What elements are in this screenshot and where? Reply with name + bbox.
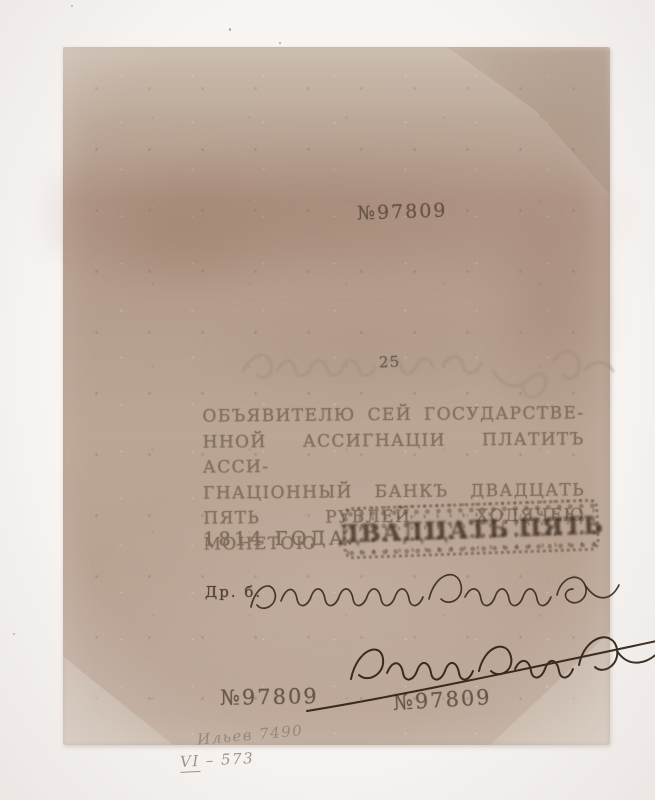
dust-speck [229,28,231,31]
body-line-2: ННОЙ АССИГНАЦІИ ПЛАТИТЪ АССИ- [203,427,585,481]
cashier-signature [295,625,655,720]
denomination-numeral: 25 [379,353,401,372]
scanned-image-background: №97809 25 ОБЪЯВИТЕЛЮ СЕЙ ГОСУДАРСТВЕ- НН… [0,0,655,800]
year-line: 1814 ГОДА. [203,527,357,550]
stain-top-right-corner [425,47,610,207]
stamp-text: ДВАДЦАТЬ ПЯТЬ [338,510,605,548]
pencil-note-line2: VI– 573 [180,749,255,771]
dust-speck [71,5,73,7]
pencil-note-roman-numeral: VI [180,752,201,773]
pencil-note-line1: Ильев 7490 [196,721,304,748]
worn-corner-bottom-left [63,637,178,745]
stain-left-blob [63,157,293,307]
director-signature [243,555,623,625]
pencil-note-number: – 573 [205,749,254,770]
banknote-paper: №97809 25 ОБЪЯВИТЕЛЮ СЕЙ ГОСУДАРСТВЕ- НН… [63,47,610,745]
body-line-1: ОБЪЯВИТЕЛЮ СЕЙ ГОСУДАРСТВЕ- [202,401,584,430]
dust-speck [279,42,281,44]
stain-upper-band [43,132,645,282]
serial-number-top: №97809 [357,199,448,224]
embossed-denomination-stamp: ДВАДЦАТЬ ПЯТЬ [342,499,600,560]
bleedthrough-handwriting [233,329,633,409]
stain-top-light-band [63,47,610,122]
dust-speck [13,633,15,635]
